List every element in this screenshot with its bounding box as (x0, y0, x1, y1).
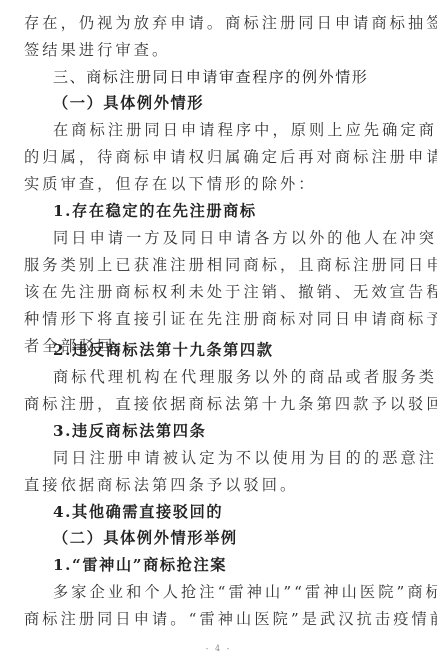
paragraph-line: 多家企业和个人抢注“雷神山”“雷神山医院”商标构成 (53, 582, 416, 602)
paragraph-line: 在商标注册同日申请程序中，原则上应先确定商标申请权 (53, 120, 416, 140)
paragraph-line: 存在，仍视为放弃申请。商标注册同日申请商标抽签后应按抽 (24, 13, 416, 33)
paragraph-line: 实质审查，但存在以下情形的除外： (24, 174, 416, 194)
paragraph-line: 的归属，待商标申请权归属确定后再对商标注册申请进行全面 (24, 147, 416, 167)
item-heading: 4.其他确需直接驳回的 (53, 502, 416, 522)
paragraph-line: 签结果进行审查。 (24, 40, 416, 60)
paragraph-line: 同日申请一方及同日申请各方以外的他人在冲突商品或者 (53, 228, 416, 248)
subsection-heading: （一）具体例外情形 (53, 93, 416, 113)
section-heading: 三、商标注册同日申请审查程序的例外情形 (53, 67, 416, 87)
paragraph-line: 种情形下将直接引证在先注册商标对同日申请商标予以部分或 (24, 309, 416, 329)
paragraph-line: 该在先注册商标权利未处于注销、撤销、无效宣告程序中。这 (24, 282, 416, 302)
paragraph-line: 服务类别上已获准注册相同商标，且商标注册同日申请审查时 (24, 255, 416, 275)
paragraph-line: 商标注册，直接依据商标法第十九条第四款予以驳回。 (24, 394, 416, 414)
case-heading: 1.“雷神山”商标抢注案 (53, 555, 416, 575)
paragraph-line: 直接依据商标法第四条予以驳回。 (24, 475, 416, 495)
item-heading: 1.存在稳定的在先注册商标 (53, 201, 416, 221)
paragraph-line: 商标注册同日申请。“雷神山医院”是武汉抗击疫情前线医院 (24, 609, 416, 629)
document-page: 存在，仍视为放弃申请。商标注册同日申请商标抽签后应按抽 签结果进行审查。 三、商… (0, 0, 437, 667)
page-number: - 4 - (0, 644, 437, 653)
item-heading: 2.违反商标法第十九条第四款 (53, 340, 416, 360)
item-heading: 3.违反商标法第四条 (53, 421, 416, 441)
paragraph-line: 商标代理机构在代理服务以外的商品或者服务类别上申请 (53, 367, 416, 387)
subsection-heading: （二）具体例外情形举例 (53, 528, 416, 548)
paragraph-line: 同日注册申请被认定为不以使用为目的的恶意注册申请， (53, 448, 416, 468)
